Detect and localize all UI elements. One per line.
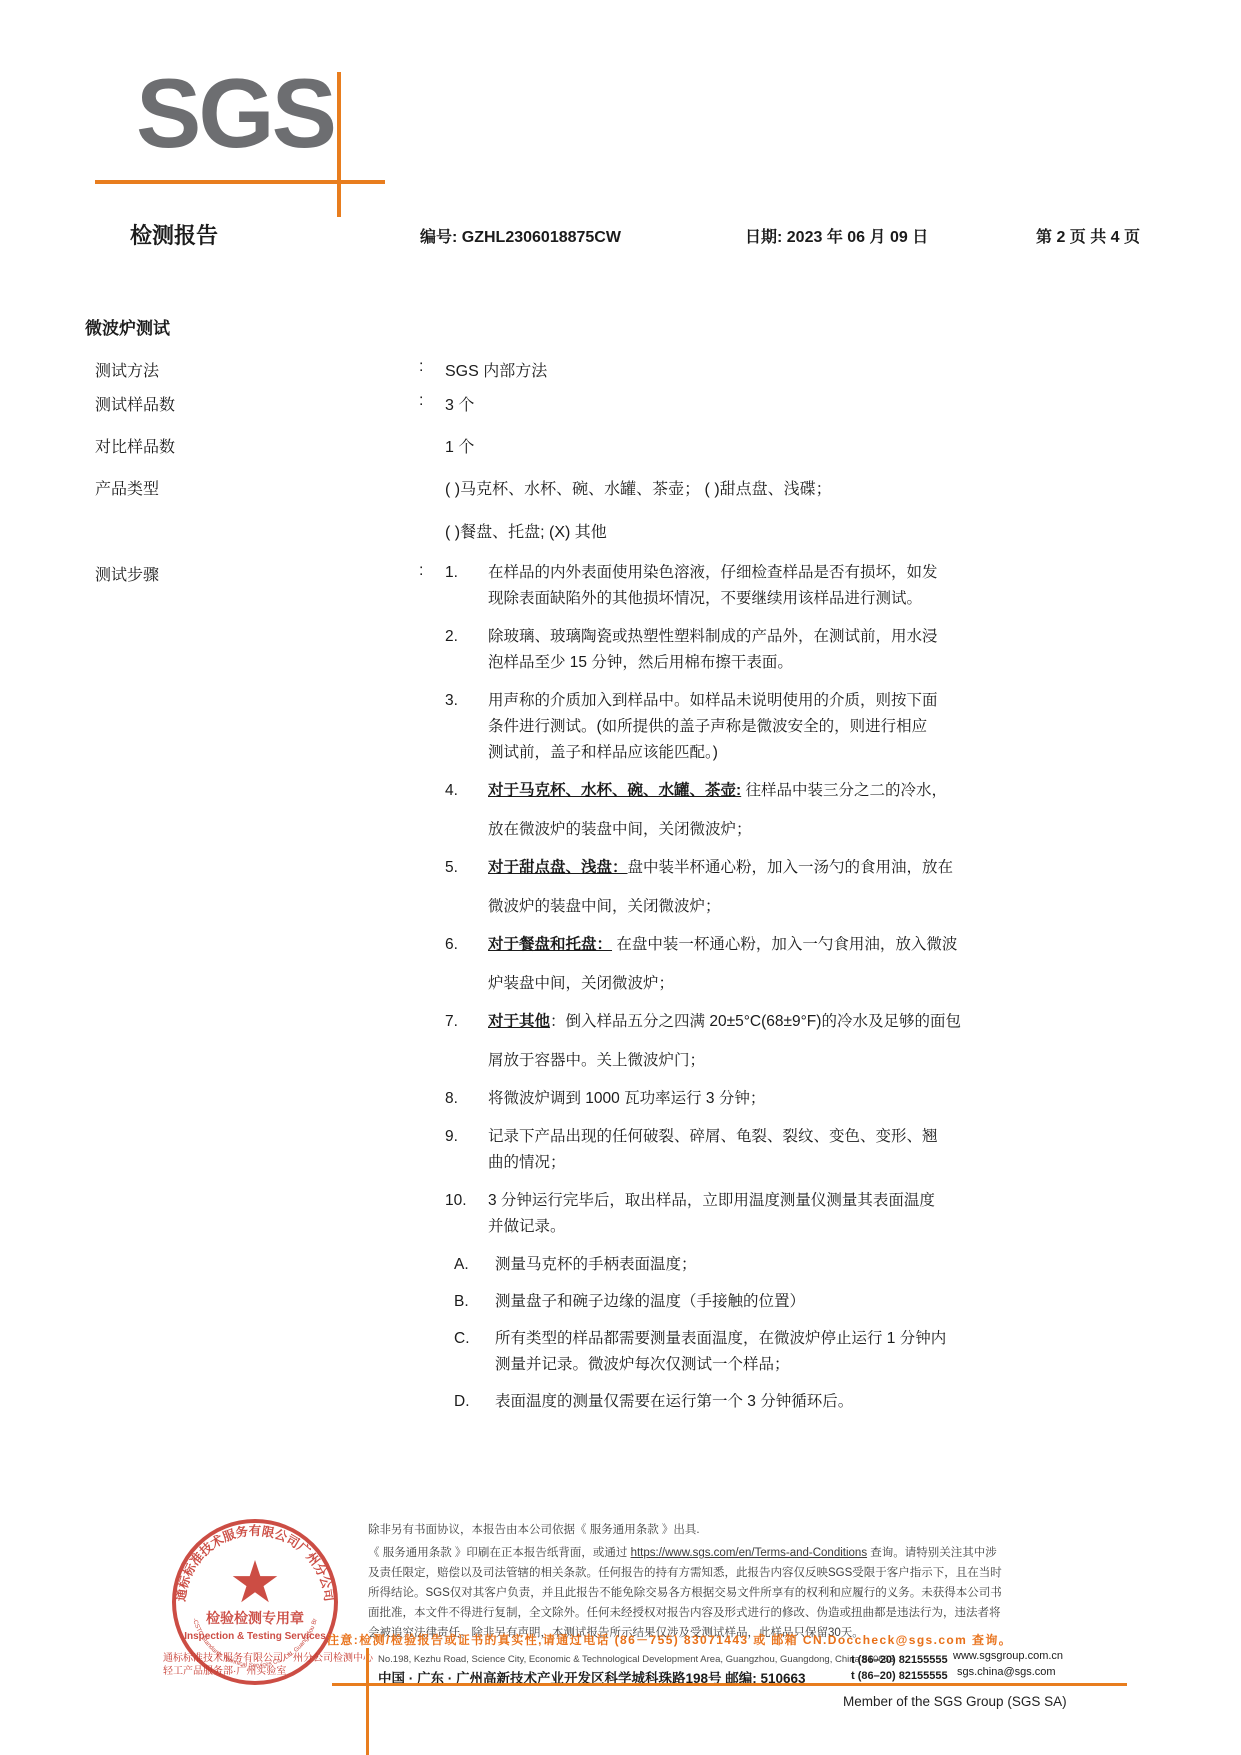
step-text: 对于甜点盘、浅盘：盘中装半杯通心粉，加入一汤勺的食用油，放在 微波炉的装盘中间，…	[488, 855, 1145, 920]
test-step: 4. 对于马克杯、水杯、碗、水罐、茶壶: 往样品中装三分之二的冷水， 放在微波炉…	[445, 778, 1145, 843]
field-value-sample-count: 3 个	[445, 392, 474, 415]
field-label-sample-count: 测试样品数	[95, 392, 175, 415]
test-step: 10. 3 分钟运行完毕后，取出样品，立即用温度测量仪测量其表面温度并做记录。	[445, 1188, 1145, 1240]
step-text: 记录下产品出现的任何破裂、碎屑、龟裂、裂纹、变色、变形、翘曲的情况；	[488, 1124, 940, 1176]
sub-step: D. 表面温度的测量仅需要在运行第一个 3 分钟循环后。	[445, 1389, 1145, 1415]
disclaimer-line4: 所得结论。SGS仅对其客户负责，并且此报告不能免除交易各方根据交易文件所享有的权…	[368, 1583, 1016, 1603]
field-value-compare-count: 1 个	[445, 434, 474, 457]
test-step: 5. 对于甜点盘、浅盘：盘中装半杯通心粉，加入一汤勺的食用油，放在 微波炉的装盘…	[445, 855, 1145, 920]
step-text: 除玻璃、玻璃陶瓷或热塑性塑料制成的产品外，在测试前，用水浸泡样品至少 15 分钟…	[488, 624, 940, 676]
sub-step-text: 表面温度的测量仅需要在运行第一个 3 分钟循环后。	[495, 1389, 1145, 1415]
report-number: 编号: GZHL2306018875CW	[420, 224, 621, 247]
step-lead: 对于甜点盘、浅盘：	[488, 859, 628, 876]
test-step: 7. 对于其他：倒入样品五分之四满 20±5°C(68±9°F)的冷水及足够的面…	[445, 1009, 1145, 1074]
sub-step: C. 所有类型的样品都需要测量表面温度，在微波炉停止运行 1 分钟内测量并记录。…	[445, 1326, 1145, 1378]
field-label-compare-count: 对比样品数	[95, 434, 175, 457]
sub-step-text: 所有类型的样品都需要测量表面温度，在微波炉停止运行 1 分钟内测量并记录。微波炉…	[495, 1326, 953, 1378]
disclaimer-line3: 及责任限定，赔偿以及司法管辖的相关条款。任何报告的持有方需知悉，此报告内容仅反映…	[368, 1563, 1016, 1583]
footer-vertical-rule	[366, 1648, 369, 1755]
lab-name-line2: 轻工产品服务部·广州实验室	[163, 1665, 286, 1678]
page-indicator: 第 2 页 共 4 页	[1036, 224, 1140, 247]
disclaimer-line1: 除非另有书面协议，本报告由本公司依据《 服务通用条款 》出具.	[368, 1520, 1016, 1540]
test-step: 6. 对于餐盘和托盘： 在盘中装一杯通心粉，加入一勺食用油，放入微波 炉装盘中间…	[445, 932, 1145, 997]
address-english: No.198, Kezhu Road, Science City, Econom…	[378, 1654, 894, 1665]
field-label-steps: 测试步骤	[95, 562, 159, 585]
stamp-line1: 检验检测专用章	[206, 1610, 304, 1626]
sub-step: B. 测量盘子和碗子边缘的温度（手接触的位置）	[445, 1289, 1145, 1315]
test-step: 1. 在样品的内外表面使用染色溶液，仔细检查样品是否有损坏，如发现除表面缺陷外的…	[445, 560, 1145, 612]
website-link[interactable]: www.sgsgroup.com.cn	[953, 1650, 1063, 1662]
authenticity-notice: 注意:检测/检验报告或证书的真实性,请通过电话 (86－755) 8307144…	[327, 1631, 1012, 1648]
logo-vertical-rule	[337, 72, 341, 217]
phone-line1: t (86–20) 82155555	[851, 1654, 948, 1666]
field-label-product-type: 产品类型	[95, 476, 159, 499]
email-link[interactable]: sgs.china@sgs.com	[957, 1666, 1056, 1678]
disclaimer-line5: 面批准，本文件不得进行复制，全文除外。任何未经授权对报告内容及形式进行的修改、伪…	[368, 1603, 1016, 1623]
test-step: 3. 用声称的介质加入到样品中。如样品未说明使用的介质，则按下面条件进行测试。(…	[445, 688, 1145, 766]
terms-conditions-link[interactable]: https://www.sgs.com/en/Terms-and-Conditi…	[631, 1547, 867, 1559]
test-step: 2. 除玻璃、玻璃陶瓷或热塑性塑料制成的产品外，在测试前，用水浸泡样品至少 15…	[445, 624, 1145, 676]
logo-horizontal-rule	[95, 180, 385, 184]
stamp-star-icon: ★	[229, 1550, 281, 1615]
step-text: 在样品的内外表面使用染色溶液，仔细检查样品是否有损坏，如发现除表面缺陷外的其他损…	[488, 560, 940, 612]
report-title: 检测报告	[130, 219, 218, 250]
test-step: 8. 将微波炉调到 1000 瓦功率运行 3 分钟；	[445, 1086, 1145, 1112]
test-step: 9. 记录下产品出现的任何破裂、碎屑、龟裂、裂纹、变色、变形、翘曲的情况；	[445, 1124, 1145, 1176]
phone-line2: t (86–20) 82155555	[851, 1670, 948, 1682]
lab-name-line1: 通标标准技术服务有限公司广州分公司检测中心	[163, 1652, 373, 1665]
step-text: 对于其他：倒入样品五分之四满 20±5°C(68±9°F)的冷水及足够的面包 屑…	[488, 1009, 1145, 1074]
step-text: 用声称的介质加入到样品中。如样品未说明使用的介质，则按下面条件进行测试。(如所提…	[488, 688, 940, 766]
field-value-product-type-2: ( )餐盘、托盘; (X) 其他	[445, 519, 607, 542]
sub-step-text: 测量盘子和碗子边缘的温度（手接触的位置）	[495, 1289, 1145, 1315]
step-lead: 对于其他	[488, 1013, 550, 1030]
footer-horizontal-rule	[332, 1683, 1127, 1686]
stamp-line2: Inspection & Testing Services	[184, 1631, 326, 1642]
sgs-logo: SGS	[136, 64, 334, 162]
report-date: 日期: 2023 年 06 月 09 日	[745, 224, 928, 247]
disclaimer-line2: 《 服务通用条款 》印刷在正本报告纸背面，或通过 https://www.sgs…	[368, 1543, 1016, 1563]
field-value-method: SGS 内部方法	[445, 358, 547, 381]
step-text: 对于马克杯、水杯、碗、水罐、茶壶: 往样品中装三分之二的冷水， 放在微波炉的装盘…	[488, 778, 1145, 843]
step-text: 对于餐盘和托盘： 在盘中装一杯通心粉，加入一勺食用油，放入微波 炉装盘中间，关闭…	[488, 932, 1145, 997]
field-label-method: 测试方法	[95, 358, 159, 381]
field-colon: :	[419, 358, 423, 376]
step-text: 3 分钟运行完毕后，取出样品，立即用温度测量仪测量其表面温度并做记录。	[488, 1188, 940, 1240]
terms-disclaimer: 除非另有书面协议，本报告由本公司依据《 服务通用条款 》出具. 《 服务通用条款…	[368, 1520, 1016, 1643]
field-colon: :	[419, 392, 423, 410]
step-text: 将微波炉调到 1000 瓦功率运行 3 分钟；	[488, 1086, 1145, 1112]
sub-steps-list: A. 测量马克杯的手柄表面温度； B. 测量盘子和碗子边缘的温度（手接触的位置）…	[445, 1252, 1145, 1415]
step-lead: 对于马克杯、水杯、碗、水罐、茶壶:	[488, 782, 741, 799]
section-title: 微波炉测试	[85, 314, 170, 339]
field-value-product-type-1: ( )马克杯、水杯、碗、水罐、茶壶； ( )甜点盘、浅碟；	[445, 476, 832, 499]
sub-step-text: 测量马克杯的手柄表面温度；	[495, 1252, 1145, 1278]
report-page: SGS 检测报告 编号: GZHL2306018875CW 日期: 2023 年…	[0, 0, 1241, 1755]
sub-step: A. 测量马克杯的手柄表面温度；	[445, 1252, 1145, 1278]
step-lead: 对于餐盘和托盘：	[488, 936, 612, 953]
test-steps-list: 1. 在样品的内外表面使用染色溶液，仔细检查样品是否有损坏，如发现除表面缺陷外的…	[445, 560, 1145, 1426]
sgs-membership-note: Member of the SGS Group (SGS SA)	[843, 1694, 1067, 1709]
field-colon: :	[419, 562, 423, 580]
